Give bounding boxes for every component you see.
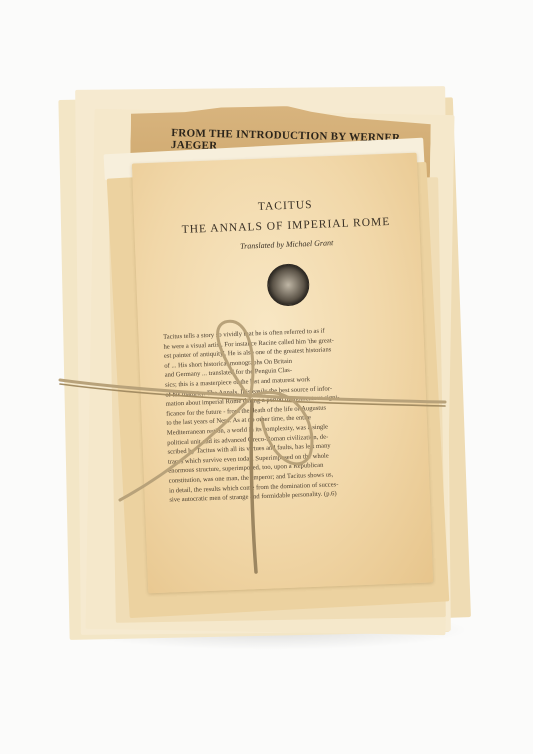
photo-scene: FROM THE INTRODUCTION BY WERNER JAEGER I… bbox=[0, 0, 533, 754]
twine-icon bbox=[0, 0, 533, 754]
